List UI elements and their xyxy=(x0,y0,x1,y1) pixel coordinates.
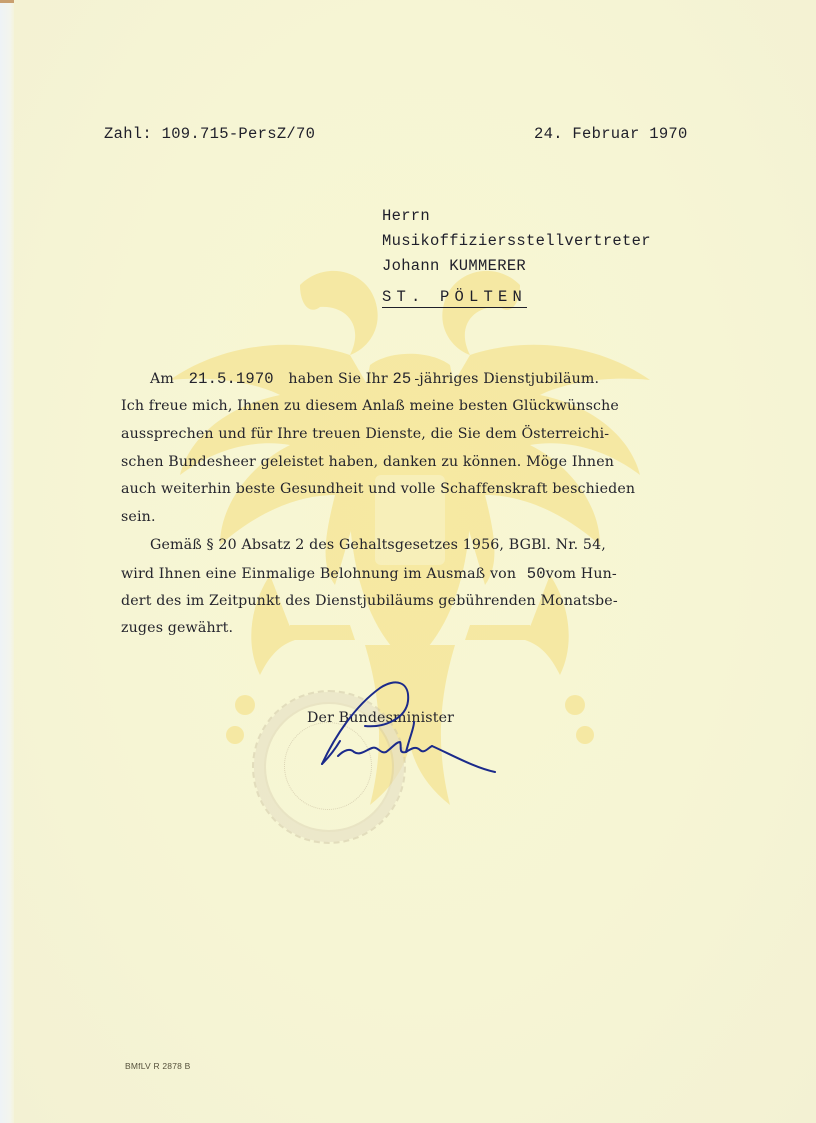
jubilee-date: 21.5.1970 xyxy=(189,370,274,388)
handwritten-signature-icon xyxy=(310,676,510,786)
paragraph-2-line: dert des im Zeitpunkt des Dienstjubiläum… xyxy=(121,593,618,609)
reference-number: Zahl: 109.715-PersZ/70 xyxy=(104,125,315,143)
paragraph-1-line: schen Bundesheer geleistet haben, danken… xyxy=(121,454,614,470)
reward-percent-suffix: vom Hun- xyxy=(546,566,617,582)
text-jubilaeum: -jähriges Dienstjubiläum. xyxy=(414,371,599,387)
reward-percent: 50 xyxy=(527,565,546,583)
recipient-city: ST. PÖLTEN xyxy=(382,288,527,308)
paragraph-1-line: sein. xyxy=(121,509,156,525)
recipient-name: Johann KUMMERER xyxy=(382,257,526,275)
paragraph-1-line: aussprechen und für Ihre treuen Dienste,… xyxy=(121,426,609,442)
jubilee-years: 25 xyxy=(392,370,411,388)
recipient-salutation: Herrn xyxy=(382,207,430,225)
recipient-rank: Musikoffiziersstellvertreter xyxy=(382,232,651,250)
paragraph-2-line: Gemäß § 20 Absatz 2 des Gehaltsgesetzes … xyxy=(150,537,606,553)
paragraph-2-line-text: wird Ihnen eine Einmalige Belohnung im A… xyxy=(121,566,516,582)
paragraph-1-line: Ich freue mich, Ihnen zu diesem Anlaß me… xyxy=(121,398,619,414)
paragraph-1-line-1: Am 21.5.1970 haben Sie Ihr 25-jähriges D… xyxy=(150,370,599,388)
paragraph-2-line: wird Ihnen eine Einmalige Belohnung im A… xyxy=(121,565,617,583)
text-am: Am xyxy=(150,371,174,387)
paragraph-1-line: auch weiterhin beste Gesundheit und voll… xyxy=(121,481,635,497)
text-haben-sie: haben Sie Ihr xyxy=(288,371,387,387)
form-code: BMfLV R 2878 B xyxy=(125,1061,190,1071)
letter-date: 24. Februar 1970 xyxy=(534,125,688,143)
paragraph-2-line: zuges gewährt. xyxy=(121,620,233,636)
scan-left-edge xyxy=(0,0,14,1123)
